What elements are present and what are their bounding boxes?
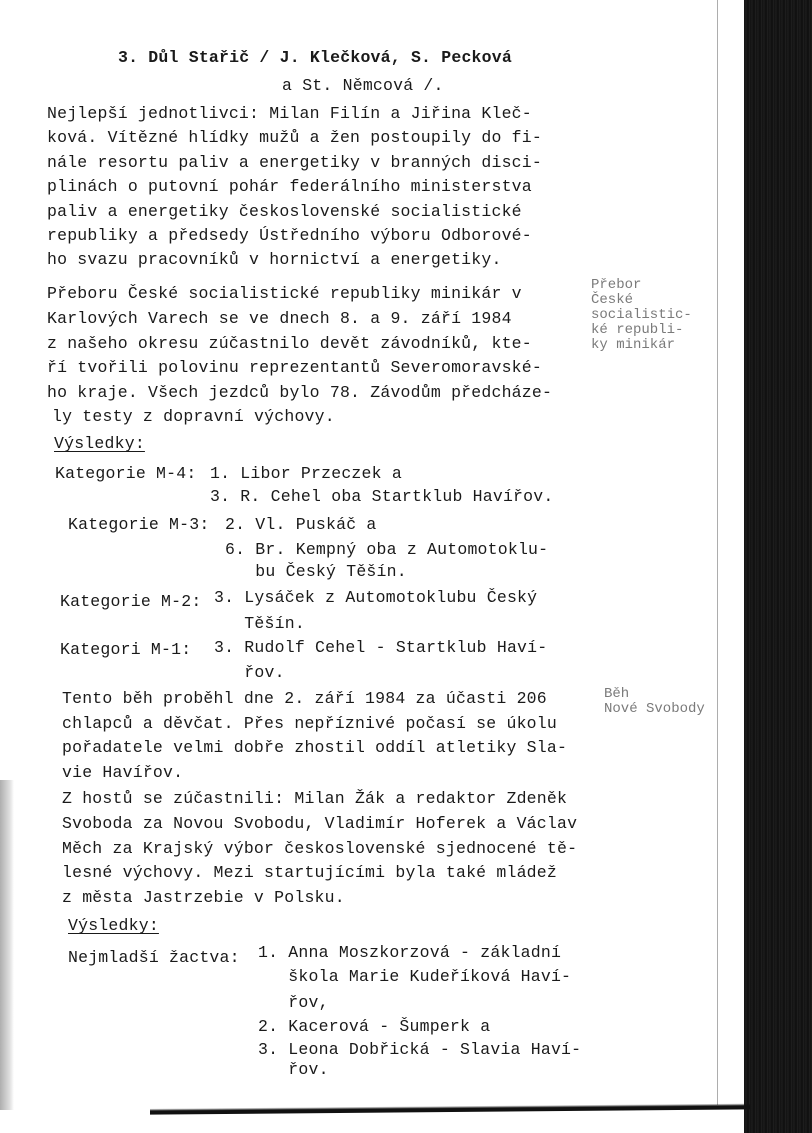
result-line: řov,	[258, 993, 329, 1013]
result-line: 3. Rudolf Cehel - Startklub Haví-	[214, 638, 547, 658]
results-heading-2: Výsledky:	[68, 916, 159, 936]
text-line: Nejlepší jednotlivci: Milan Filín a Jiři…	[47, 104, 532, 124]
margin-note-line: Běh	[604, 687, 629, 702]
result-line: bu Český Těšín.	[225, 562, 407, 582]
text-line: Tento běh proběhl dne 2. září 1984 za úč…	[62, 689, 547, 709]
text-line: vie Havířov.	[62, 763, 183, 783]
heading-line-2: a St. Němcová /.	[282, 76, 444, 96]
text-line: plinách o putovní pohár federálního mini…	[47, 177, 532, 197]
category-label: Kategorie M-4:	[55, 464, 196, 484]
text-line: ková. Vítězné hlídky mužů a žen postoupi…	[47, 128, 542, 148]
text-line: Karlových Varech se ve dnech 8. a 9. zář…	[47, 309, 512, 329]
scan-left-shadow	[0, 780, 14, 1110]
margin-note-line: ké republi-	[591, 323, 683, 338]
text-line: Přeboru České socialistické republiky mi…	[47, 284, 522, 304]
result-line: řov.	[258, 1060, 329, 1080]
result-line: 1. Anna Moszkorzová - základní	[258, 943, 561, 963]
text-line: Svoboda za Novou Svobodu, Vladimír Hofer…	[62, 814, 577, 834]
result-line: 3. R. Cehel oba Startklub Havířov.	[210, 487, 553, 507]
scanned-page: 3. Důl Stařič / J. Klečková, S. Pecková …	[0, 0, 812, 1133]
results-heading-1: Výsledky:	[54, 434, 145, 454]
category-label: Kategorie M-3:	[68, 515, 209, 535]
margin-note-line: ky minikár	[591, 338, 675, 353]
text-line: Měch za Krajský výbor československé sje…	[62, 839, 577, 859]
text-line: Z hostů se zúčastnili: Milan Žák a redak…	[62, 789, 567, 809]
text-line: z města Jastrzebie v Polsku.	[62, 888, 345, 908]
result-line: řov.	[214, 663, 285, 683]
result-line: 1. Libor Przeczek a	[210, 464, 402, 484]
margin-rule-line	[717, 0, 718, 1105]
result-line: Těšín.	[214, 614, 305, 634]
text-line: ho kraje. Všech jezdců bylo 78. Závodům …	[47, 383, 552, 403]
text-line: ho svazu pracovníků v hornictví a energe…	[47, 250, 502, 270]
result-line: 2. Kacerová - Šumperk a	[258, 1017, 490, 1037]
text-line: paliv a energetiky československé social…	[47, 202, 522, 222]
result-line: 6. Br. Kempný oba z Automotoklu-	[225, 540, 548, 560]
result-line: 2. Vl. Puskáč a	[225, 515, 377, 535]
result-line: 3. Lysáček z Automotoklubu Český	[214, 588, 537, 608]
margin-note-line: České	[591, 293, 633, 308]
result-line: škola Marie Kudeříková Haví-	[258, 967, 571, 987]
text-line: ří tvořili polovinu reprezentantů Severo…	[47, 358, 542, 378]
text-line: chlapců a děvčat. Přes nepříznivé počasí…	[62, 714, 557, 734]
heading-line-1: 3. Důl Stařič / J. Klečková, S. Pecková	[118, 48, 512, 68]
category-label: Kategorie M-2:	[60, 592, 201, 612]
margin-note-line: socialistic-	[591, 308, 692, 323]
scan-dark-edge	[744, 0, 812, 1133]
text-line: lesné výchovy. Mezi startujícími byla ta…	[62, 863, 557, 883]
text-line: republiky a předsedy Ústředního výboru O…	[47, 226, 532, 246]
category-label: Nejmladší žactva:	[68, 948, 240, 968]
text-line: ly testy z dopravní výchovy.	[52, 407, 335, 427]
margin-note-line: Nové Svobody	[604, 702, 705, 717]
text-line: pořadatele velmi dobře zhostil oddíl atl…	[62, 738, 567, 758]
category-label: Kategori M-1:	[60, 640, 191, 660]
text-line: nále resortu paliv a energetiky v branný…	[47, 153, 542, 173]
scan-bottom-edge	[150, 1103, 750, 1114]
margin-note-line: Přebor	[591, 278, 641, 293]
text-line: z našeho okresu zúčastnilo devět závodní…	[47, 334, 532, 354]
result-line: 3. Leona Dobřická - Slavia Haví-	[258, 1040, 581, 1060]
